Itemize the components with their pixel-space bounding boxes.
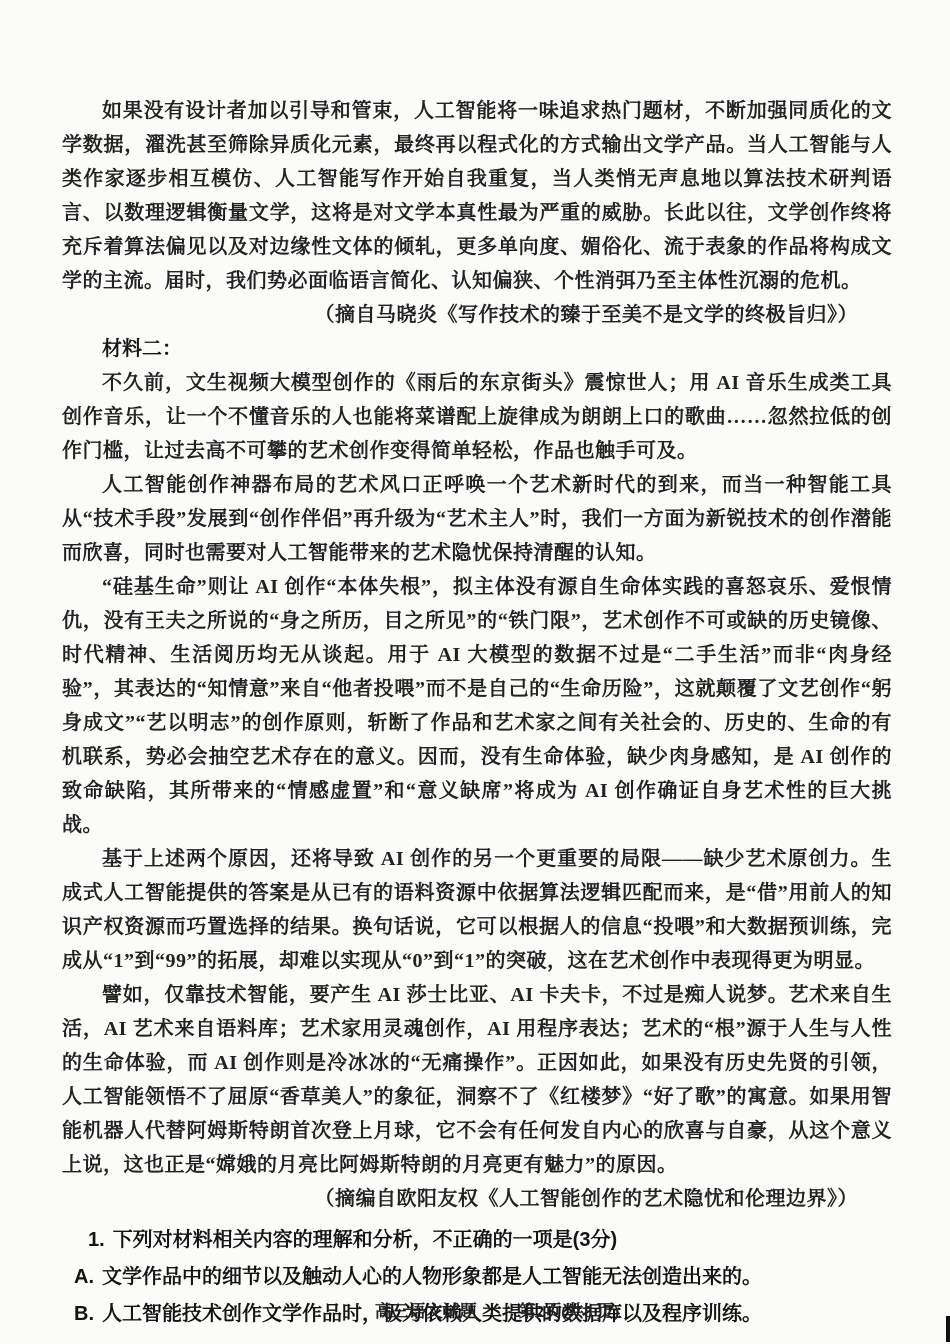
exam-page-scan: 如果没有设计者加以引导和管束，人工智能将一味追求热门题材，不断加强同质化的文学数… xyxy=(0,0,950,1344)
option-a-label: A. xyxy=(74,1266,94,1288)
option-a-text: 文学作品中的细节以及触动人心的人物形象都是人工智能无法创造出来的。 xyxy=(102,1266,762,1288)
material-one-final-paragraph: 如果没有设计者加以引导和管束，人工智能将一味追求热门题材，不断加强同质化的文学数… xyxy=(62,94,892,298)
material-one-attribution: （摘自马晓炎《写作技术的臻于至美不是文学的终极旨归》） xyxy=(62,298,892,332)
question-1-stem: 1.下列对材料相关内容的理解和分析，不正确的一项是(3分) xyxy=(88,1222,892,1259)
page-content: 如果没有设计者加以引导和管束，人工智能将一味追求热门题材，不断加强同质化的文学数… xyxy=(62,94,892,1333)
material-two-paragraph-4: 基于上述两个原因，还将导致 AI 创作的另一个更重要的局限——缺少艺术原创力。生… xyxy=(62,842,892,978)
question-1-number: 1. xyxy=(88,1229,105,1251)
page-footer: 高三语文试题第2页(共8 页) xyxy=(22,1297,950,1322)
footer-page-indicator: 第2页(共8 页) xyxy=(519,1302,620,1321)
question-1-option-a: A.文学作品中的细节以及触动人心的人物形象都是人工智能无法创造出来的。 xyxy=(74,1259,892,1296)
scan-artifact-mark xyxy=(946,1316,950,1342)
material-two-paragraph-2: 人工智能创作神器布局的艺术风口正呼唤一个艺术新时代的到来，而当一种智能工具从“技… xyxy=(62,468,892,570)
material-two-paragraph-5: 譬如，仅靠技术智能，要产生 AI 莎士比亚、AI 卡夫卡，不过是痴人说梦。艺术来… xyxy=(62,978,892,1182)
material-two-paragraph-1: 不久前，文生视频大模型创作的《雨后的东京街头》震惊世人；用 AI 音乐生成类工具… xyxy=(62,366,892,468)
footer-exam-title: 高三语文试题 xyxy=(375,1302,477,1321)
material-two-paragraph-3: “硅基生命”则让 AI 创作“本体失根”，拟主体没有源自生命体实践的喜怒哀乐、爱… xyxy=(62,570,892,842)
material-two-heading: 材料二： xyxy=(62,332,892,366)
material-two-attribution: （摘编自欧阳友权《人工智能创作的艺术隐忧和伦理边界》） xyxy=(62,1182,892,1216)
question-1-stem-text: 下列对材料相关内容的理解和分析，不正确的一项是(3分) xyxy=(113,1229,617,1251)
